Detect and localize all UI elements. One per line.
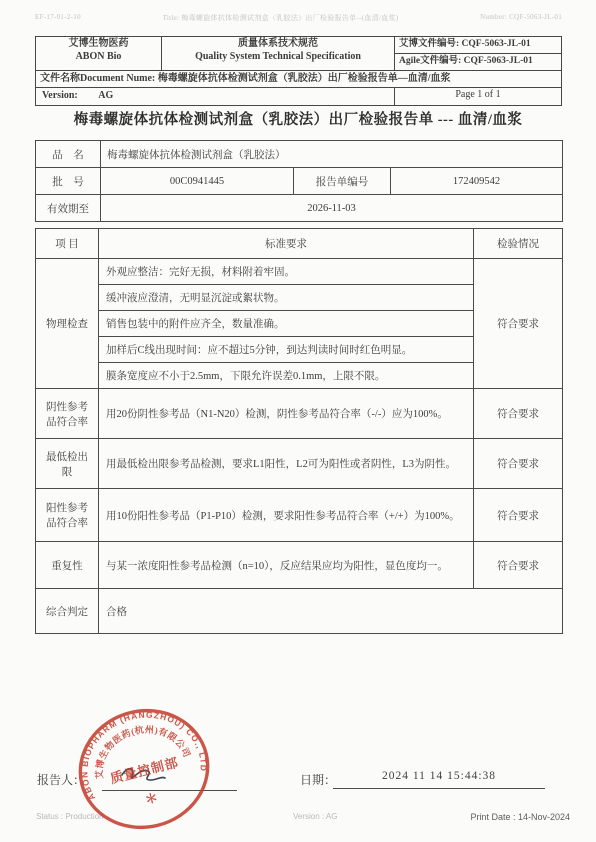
lot-row: 批 号 00C0941445 报告单编号 172409542 xyxy=(36,168,563,195)
col-header-result: 检验情况 xyxy=(474,229,563,259)
company-cell: 艾博生物医药 ABON Bio xyxy=(36,37,161,70)
final-judgement-row: 综合判定 合格 xyxy=(36,589,563,634)
physical-req-1: 外观应整洁：完好无损，材料附着牢固。 xyxy=(99,259,474,285)
stamp-department: 质量控制部 xyxy=(109,755,181,786)
ghost-doc-number: Number: CQF-5063-JL-01 xyxy=(480,13,562,23)
negative-ref-row: 阴性参考品符合率 用20份阴性参考品（N1-N20）检测，阴性参考品符合率（-/… xyxy=(36,389,563,439)
doc-number-cell: 艾博文件编号: CQF-5063-JL-01 Agile文件编号: CQF-50… xyxy=(394,37,561,70)
company-name-cn: 艾博生物医药 xyxy=(40,38,157,51)
ghost-doc-code: EF-17-01-2-10 xyxy=(35,13,81,23)
report-date-value: 2024 11 14 15:44:38 xyxy=(333,770,545,789)
final-judgement-value: 合格 xyxy=(99,589,563,634)
document-name: 文件名称Document Nume: 梅毒螺旋体抗体检测试剂盒（乳胶法）出厂检验… xyxy=(36,71,561,88)
lod-requirement: 用最低检出限参考品检测，要求L1阳性，L2可为阳性或者阴性，L3为阴性。 xyxy=(99,439,474,489)
expiry-label: 有效期至 xyxy=(36,195,101,222)
page-number: Page 1 of 1 xyxy=(394,88,561,105)
report-no-value: 172409542 xyxy=(391,168,563,195)
ghost-doc-title: Title: 梅毒螺旋体抗体检测试剂盒（乳胶法）出厂检验报告单--(血清/血浆) xyxy=(163,13,399,23)
product-row: 品 名 梅毒螺旋体抗体检测试剂盒（乳胶法） xyxy=(36,141,563,168)
product-name-label: 品 名 xyxy=(36,141,101,168)
positive-ref-row: 阳性参考品符合率 用10份阳性参考品（P1-P10）检测，要求阳性参考品符合率（… xyxy=(36,489,563,542)
agile-doc-number: Agile文件编号: CQF-5063-JL-01 xyxy=(395,53,561,70)
final-judgement-label: 综合判定 xyxy=(36,589,99,634)
spec-cell: 质量体系技术规范 Quality System Technical Specif… xyxy=(161,37,394,70)
negative-ref-result: 符合要求 xyxy=(474,389,563,439)
positive-ref-requirement: 用10份阳性参考品（P1-P10）检测，要求阳性参考品符合率（+/+）为100%… xyxy=(99,489,474,542)
product-info-table: 品 名 梅毒螺旋体抗体检测试剂盒（乳胶法） 批 号 00C0941445 报告单… xyxy=(35,140,563,222)
footer-print-date: Print Date : 14-Nov-2024 xyxy=(470,812,570,822)
physical-req-5: 膜条宽度应不小于2.5mm，下限允许误差0.1mm，上限不限。 xyxy=(99,363,474,389)
repeatability-row: 重复性 与某一浓度阳性参考品检测（n=10），反应结果应均为阳性，显色度均一。 … xyxy=(36,542,563,589)
header-row-version: Version: AG Page 1 of 1 xyxy=(36,87,561,105)
col-header-requirement: 标准要求 xyxy=(99,229,474,259)
document-header-table: 艾博生物医药 ABON Bio 质量体系技术规范 Quality System … xyxy=(35,36,562,106)
repeatability-label: 重复性 xyxy=(36,542,99,589)
lot-value: 00C0941445 xyxy=(101,168,294,195)
inspection-header-row: 项 目 标准要求 检验情况 xyxy=(36,229,563,259)
scanned-report-page: EF-17-01-2-10 Title: 梅毒螺旋体抗体检测试剂盒（乳胶法）出厂… xyxy=(0,0,596,842)
abon-doc-number: 艾博文件编号: CQF-5063-JL-01 xyxy=(395,37,561,53)
date-label: 日期： xyxy=(300,771,336,788)
inspection-table: 项 目 标准要求 检验情况 物理检查 外观应整洁：完好无损，材料附着牢固。 符合… xyxy=(35,228,563,634)
version-value: AG xyxy=(98,90,113,101)
col-header-item: 项 目 xyxy=(36,229,99,259)
expiry-row: 有效期至 2026-11-03 xyxy=(36,195,563,222)
product-name-value: 梅毒螺旋体抗体检测试剂盒（乳胶法） xyxy=(101,141,563,168)
physical-check-label: 物理检查 xyxy=(36,259,99,389)
stamp-graphic: ABON BIOPHARM (HANGZHOU) CO., LTD 艾博生物医药… xyxy=(67,703,222,839)
physical-req-2: 缓冲液应澄清，无明显沉淀或絮状物。 xyxy=(99,285,474,311)
header-row-docname: 文件名称Document Nume: 梅毒螺旋体抗体检测试剂盒（乳胶法）出厂检验… xyxy=(36,70,561,88)
expiry-value: 2026-11-03 xyxy=(101,195,563,222)
positive-ref-result: 符合要求 xyxy=(474,489,563,542)
ghost-header-line: EF-17-01-2-10 Title: 梅毒螺旋体抗体检测试剂盒（乳胶法）出厂… xyxy=(35,13,562,23)
physical-req-3: 销售包装中的附件应齐全，数量准确。 xyxy=(99,311,474,337)
lot-label: 批 号 xyxy=(36,168,101,195)
lod-row: 最低检出限 用最低检出限参考品检测，要求L1阳性，L2可为阳性或者阴性，L3为阴… xyxy=(36,439,563,489)
negative-ref-label: 阴性参考品符合率 xyxy=(36,389,99,439)
spec-title-cn: 质量体系技术规范 xyxy=(166,38,390,51)
version-label: Version: xyxy=(42,90,78,101)
report-no-label: 报告单编号 xyxy=(294,168,391,195)
header-row-company: 艾博生物医药 ABON Bio 质量体系技术规范 Quality System … xyxy=(36,37,561,70)
physical-check-row: 物理检查 外观应整洁：完好无损，材料附着牢固。 符合要求 xyxy=(36,259,563,285)
company-name-en: ABON Bio xyxy=(40,51,157,64)
repeatability-requirement: 与某一浓度阳性参考品检测（n=10），反应结果应均为阳性，显色度均一。 xyxy=(99,542,474,589)
report-title: 梅毒螺旋体抗体检测试剂盒（乳胶法）出厂检验报告单 --- 血清/血浆 xyxy=(0,108,596,129)
qc-department-stamp: ABON BIOPHARM (HANGZHOU) CO., LTD 艾博生物医药… xyxy=(66,703,222,839)
stamp-star: ＊ xyxy=(143,790,159,808)
spec-title-en: Quality System Technical Specification xyxy=(166,51,390,64)
negative-ref-requirement: 用20份阴性参考品（N1-N20）检测，阴性参考品符合率（-/-）应为100%。 xyxy=(99,389,474,439)
repeatability-result: 符合要求 xyxy=(474,542,563,589)
positive-ref-label: 阳性参考品符合率 xyxy=(36,489,99,542)
physical-check-result: 符合要求 xyxy=(474,259,563,389)
physical-req-4: 加样后C线出现时间：应不超过5分钟，到达判读时间时红色明显。 xyxy=(99,337,474,363)
lod-label: 最低检出限 xyxy=(36,439,99,489)
version-cell: Version: AG xyxy=(36,88,394,105)
lod-result: 符合要求 xyxy=(474,439,563,489)
footer-version: Version : AG xyxy=(293,812,337,821)
